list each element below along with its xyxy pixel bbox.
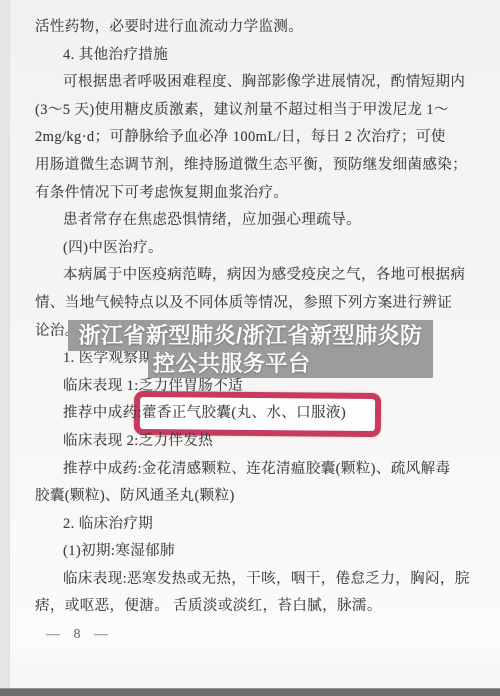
document-line: 情、当地气候特点以及不同体质等情况，参照下列方案进行辨证	[35, 290, 467, 318]
document-line-highlighted: 推荐中成药:藿香正气胶囊(丸、水、口服液)	[35, 400, 467, 428]
document-line: 推荐中成药:金花清感颗粒、连花清瘟胶囊(颗粒)、疏风解毒	[35, 456, 467, 484]
recommended-medicine-label: 推荐中成药:	[63, 405, 142, 421]
scanned-document-page: 活性药物，必要时进行血流动力学监测。 4. 其他治疗措施 可根据患者呼吸困难程度…	[0, 0, 500, 696]
highlighted-medicine-text: 藿香正气胶囊(丸、水、口服液)	[142, 405, 346, 421]
scan-bottom-edge	[0, 688, 500, 696]
document-line: 4. 其他治疗措施	[35, 42, 467, 70]
document-line: 用肠道微生态调节剂，维持肠道微生态平衡，预防继发细菌感染；	[35, 152, 467, 180]
document-line: 有条件情况下可考虑恢复期血浆治疗。	[35, 180, 467, 208]
document-line: 临床表现 2:乏力伴发热	[35, 428, 467, 456]
watermark-line-1: 浙江省新型肺炎/浙江省新型肺炎防	[68, 320, 433, 351]
document-line: 2. 临床治疗期	[35, 511, 467, 539]
document-line: 临床表现:恶寒发热或无热，干咳，咽干，倦怠乏力，胸闷，脘	[35, 566, 467, 594]
watermark-line-2: 控公共服务平台	[148, 351, 433, 378]
document-line: (四)中医治疗。	[35, 235, 467, 263]
document-line: 2mg/kg·d；可静脉给予血必净 100mL/日，每日 2 次治疗；可使	[35, 124, 467, 152]
document-body: 活性药物，必要时进行血流动力学监测。 4. 其他治疗措施 可根据患者呼吸困难程度…	[35, 14, 467, 621]
document-line: 活性药物，必要时进行血流动力学监测。	[35, 14, 467, 42]
document-line: 本病属于中医疫病范畴，病因为感受疫戾之气，各地可根据病	[35, 262, 467, 290]
document-line: (3～5 天)使用糖皮质激素，建议剂量不超过相当于甲泼尼龙 1～	[35, 97, 467, 125]
page-left-edge	[0, 0, 10, 696]
page-number: — 8 —	[46, 627, 113, 643]
document-line: 患者常存在焦虑恐惧情绪，应加强心理疏导。	[35, 207, 467, 235]
document-line: 可根据患者呼吸困难程度、胸部影像学进展情况，酌情短期内	[35, 69, 467, 97]
document-line: 痞，或呕恶，便溏。 舌质淡或淡红，苔白腻，脉濡。	[35, 593, 467, 621]
document-line: (1)初期:寒湿郁肺	[35, 538, 467, 566]
document-line: 胶囊(颗粒)、防风通圣丸(颗粒)	[35, 483, 467, 511]
